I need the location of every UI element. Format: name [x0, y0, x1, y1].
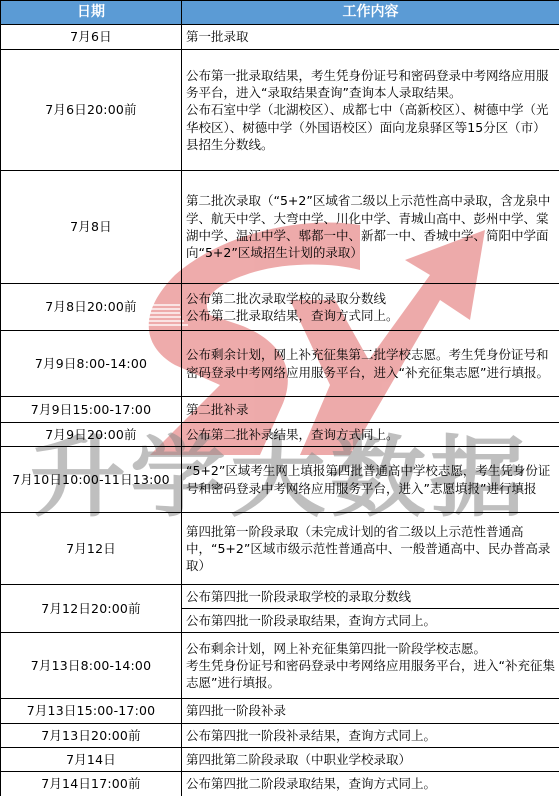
date-cell: 7月8日 [1, 171, 182, 284]
content-cell: 公布剩余计划，网上补充征集第二批学校志愿。考生凭身份证号和密码登录中考网络应用服… [182, 331, 559, 397]
table-row: 7月6日20:00前 公布第一批录取结果，考生凭身份证号和密码登录中考网络应用服… [1, 50, 559, 171]
content-cell: 第四批第一阶段录取（未完成计划的省二级以上示范性普通高中，“5+2”区域市级示范… [182, 513, 559, 585]
content-cell: 公布第二批补录结果，查询方式同上。 [182, 423, 559, 447]
date-cell: 7月12日 [1, 513, 182, 585]
table-row: 7月12日20:00前 公布第四批一阶段录取学校的录取分数线 [1, 585, 559, 609]
content-cell: 第四批一阶段补录 [182, 699, 559, 724]
content-cell: 第二批补录 [182, 397, 559, 423]
content-cell: 公布第四批一阶段录取学校的录取分数线 [182, 585, 559, 609]
content-cell: 第四批第二阶段录取（中职业学校录取） [182, 748, 559, 772]
content-cell: “5+2”区域考生网上填报第四批普通高中学校志愿，考生凭身份证号和密码登录中考网… [182, 447, 559, 513]
content-cell: 第二批次录取（“5+2”区域省二级以上示范性高中录取，含龙泉中学、航天中学、大弯… [182, 171, 559, 284]
date-cell: 7月9日20:00前 [1, 423, 182, 447]
content-line: 公布石室中学（北湖校区）、成都七中（高新校区）、树德中学（光华校区）、树德中学（… [186, 101, 557, 153]
table-row: 7月10日10:00-11日13:00 “5+2”区域考生网上填报第四批普通高中… [1, 447, 559, 513]
content-line: 第四批一阶段补录 [186, 702, 557, 719]
table-row: 7月14日17:00前 公布第四批二阶段录取结果，查询方式同上。 [1, 772, 559, 796]
table-row: 7月14日 第四批第二阶段录取（中职业学校录取） [1, 748, 559, 772]
table-header-row: 日期 工作内容 [1, 1, 559, 25]
admission-schedule-table: 日期 工作内容 7月6日 第一批录取 7月6日20:00前 公布第一批录取结果，… [0, 0, 559, 796]
content-line: “5+2”区域考生网上填报第四批普通高中学校志愿，考生凭身份证号和密码登录中考网… [186, 462, 557, 497]
date-cell: 7月9日8:00-14:00 [1, 331, 182, 397]
table-row: 7月12日 第四批第一阶段录取（未完成计划的省二级以上示范性普通高中，“5+2”… [1, 513, 559, 585]
table-row: 7月13日20:00前 公布第四批一阶段补录结果，查询方式同上。 [1, 724, 559, 748]
date-cell: 7月14日17:00前 [1, 772, 182, 796]
content-line: 公布剩余计划，网上补充征集第四批一阶段学校志愿。 [186, 640, 557, 657]
header-content: 工作内容 [182, 1, 559, 25]
table-row: 7月9日8:00-14:00 公布剩余计划，网上补充征集第二批学校志愿。考生凭身… [1, 331, 559, 397]
content-line: 公布第四批一阶段补录结果，查询方式同上。 [186, 727, 557, 744]
date-cell: 7月13日8:00-14:00 [1, 633, 182, 699]
content-line: 第二批次录取（“5+2”区域省二级以上示范性高中录取，含龙泉中学、航天中学、大弯… [186, 192, 557, 261]
content-cell: 第一批录取 [182, 25, 559, 50]
content-line: 第四批第二阶段录取（中职业学校录取） [186, 751, 557, 768]
content-cell: 公布第四批二阶段录取结果，查询方式同上。 [182, 772, 559, 796]
content-cell: 公布第二批次录取学校的录取分数线公布第二批录取结果，查询方式同上。 [182, 284, 559, 331]
date-cell: 7月14日 [1, 748, 182, 772]
content-line: 公布第二批次录取学校的录取分数线 [186, 290, 557, 307]
table-row: 7月8日20:00前 公布第二批次录取学校的录取分数线公布第二批录取结果，查询方… [1, 284, 559, 331]
content-line: 公布第四批一阶段录取结果，查询方式同上。 [186, 612, 557, 629]
date-cell: 7月9日15:00-17:00 [1, 397, 182, 423]
header-date: 日期 [1, 1, 182, 25]
table-row: 7月9日20:00前 公布第二批补录结果，查询方式同上。 [1, 423, 559, 447]
content-line: 第二批补录 [186, 401, 557, 418]
content-line: 公布第二批录取结果，查询方式同上。 [186, 307, 557, 324]
table-row: 7月8日 第二批次录取（“5+2”区域省二级以上示范性高中录取，含龙泉中学、航天… [1, 171, 559, 284]
content-line: 公布第一批录取结果，考生凭身份证号和密码登录中考网络应用服务平台，进入“录取结果… [186, 67, 557, 102]
content-line: 公布剩余计划，网上补充征集第二批学校志愿。考生凭身份证号和密码登录中考网络应用服… [186, 346, 557, 381]
content-line: 考生凭身份证号和密码登录中考网络应用服务平台，进入“补充征集志愿”进行填报。 [186, 657, 557, 692]
date-cell: 7月6日20:00前 [1, 50, 182, 171]
date-cell: 7月8日20:00前 [1, 284, 182, 331]
content-line: 第一批录取 [186, 28, 557, 45]
table-row: 7月13日8:00-14:00 公布剩余计划，网上补充征集第四批一阶段学校志愿。… [1, 633, 559, 699]
content-line: 公布第四批一阶段录取学校的录取分数线 [186, 588, 557, 605]
content-cell: 公布第四批一阶段录取结果，查询方式同上。 [182, 609, 559, 633]
date-cell: 7月13日20:00前 [1, 724, 182, 748]
content-cell: 公布剩余计划，网上补充征集第四批一阶段学校志愿。考生凭身份证号和密码登录中考网络… [182, 633, 559, 699]
table-row: 7月9日15:00-17:00 第二批补录 [1, 397, 559, 423]
date-cell: 7月12日20:00前 [1, 585, 182, 633]
content-line: 公布第二批补录结果，查询方式同上。 [186, 426, 557, 443]
content-cell: 公布第一批录取结果，考生凭身份证号和密码登录中考网络应用服务平台，进入“录取结果… [182, 50, 559, 171]
date-cell: 7月13日15:00-17:00 [1, 699, 182, 724]
date-cell: 7月10日10:00-11日13:00 [1, 447, 182, 513]
content-line: 公布第四批二阶段录取结果，查询方式同上。 [186, 775, 557, 792]
content-cell: 公布第四批一阶段补录结果，查询方式同上。 [182, 724, 559, 748]
table-row: 7月6日 第一批录取 [1, 25, 559, 50]
table-row: 7月13日15:00-17:00 第四批一阶段补录 [1, 699, 559, 724]
date-cell: 7月6日 [1, 25, 182, 50]
content-line: 第四批第一阶段录取（未完成计划的省二级以上示范性普通高中，“5+2”区域市级示范… [186, 523, 557, 575]
